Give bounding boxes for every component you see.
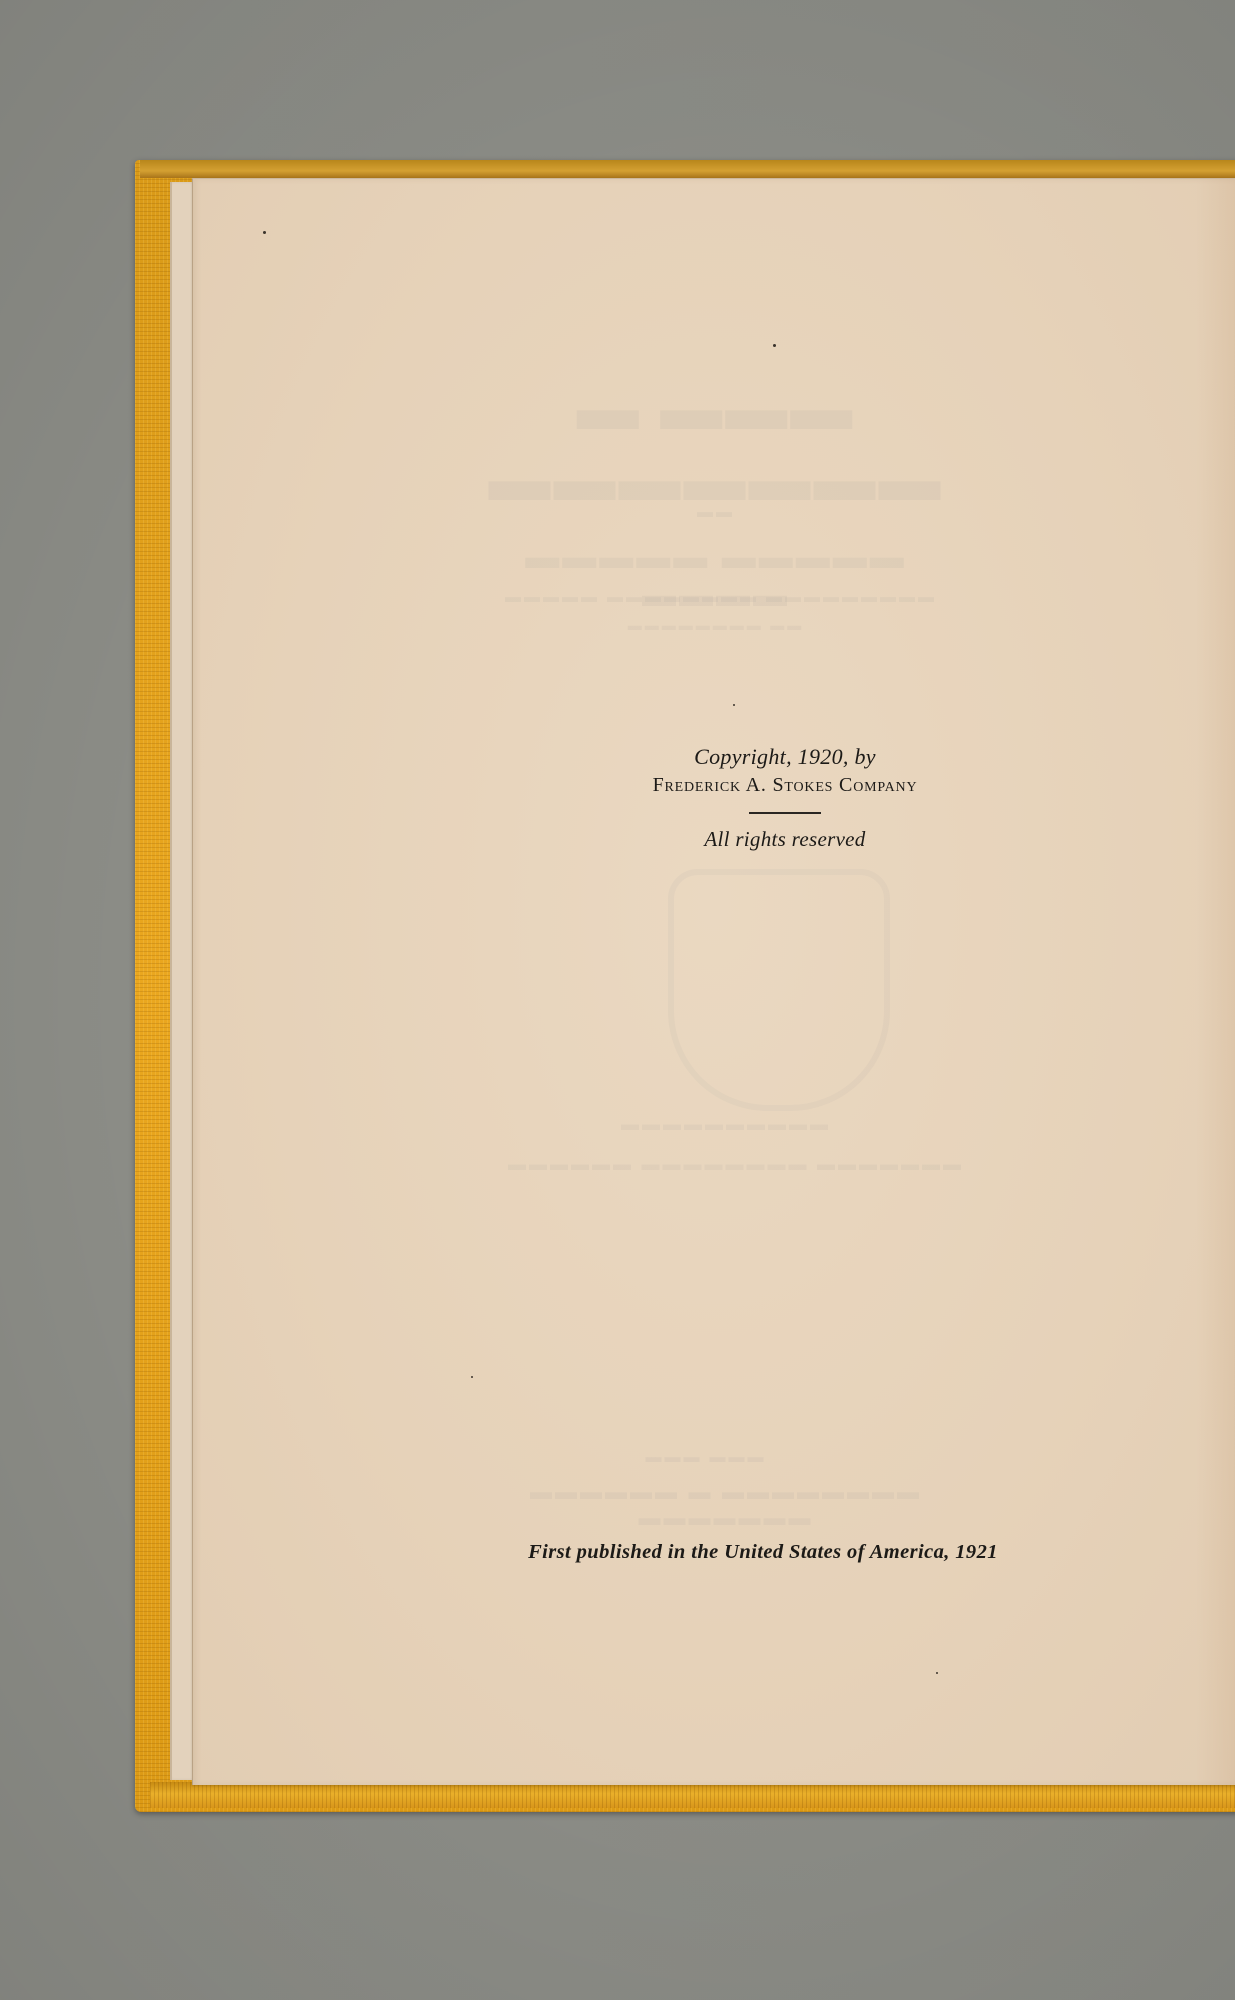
cover-top-edge <box>140 160 1235 178</box>
show-through-publisher-2: ▬▬▬▬▬▬▬ ▬▬▬▬▬▬▬▬ ▬▬▬▬▬▬ <box>473 1154 993 1175</box>
copyright-notice: Copyright, 1920, by Frederick A. Stokes … <box>585 744 985 852</box>
show-through-subtitle-2: ▬▬ ▬▬▬▬▬▬▬▬ <box>523 619 903 635</box>
show-through-publisher: ▬▬▬▬▬▬▬▬▬▬ <box>523 1114 923 1135</box>
copyright-year-line: Copyright, 1920, by <box>585 744 985 770</box>
show-through-subtitle: ▬▬▬▬▬▬▬▬▬ ▬▬▬▬▬▬▬▬ ▬▬▬▬▬ <box>423 589 1013 607</box>
paper-speck <box>471 1376 473 1378</box>
show-through-by: ▬▬ <box>613 504 813 522</box>
first-published-notice: First published in the United States of … <box>483 1541 1043 1564</box>
paper-speck <box>936 1672 938 1674</box>
paper-speck <box>733 704 735 706</box>
publisher-name: Frederick A. Stokes Company <box>585 770 985 800</box>
show-through-city: ▬▬▬ ▬▬▬ <box>623 1449 783 1467</box>
show-through-imprint: ▬▬▬▬▬▬▬▬ ▬ ▬▬▬▬▬▬ ▬▬▬▬▬▬▬ <box>443 1479 1003 1531</box>
rights-reserved: All rights reserved <box>585 826 985 852</box>
copyright-page: ▬▬▬ ▬ ▬▬▬▬▬▬▬ ▬▬ ▬▬▬▬▬ ▬▬▬▬▬ ▬▬▬▬ ▬▬▬▬▬▬… <box>192 178 1235 1785</box>
page-gutter-shade <box>1196 179 1235 1785</box>
show-through-title: ▬▬▬ ▬ ▬▬▬▬▬▬▬ <box>393 374 1033 516</box>
divider-rule <box>749 812 821 814</box>
show-through-emblem-icon <box>668 869 890 1111</box>
paper-speck <box>773 344 776 347</box>
paper-speck <box>263 231 266 234</box>
cover-bottom-edge <box>150 1782 1235 1808</box>
